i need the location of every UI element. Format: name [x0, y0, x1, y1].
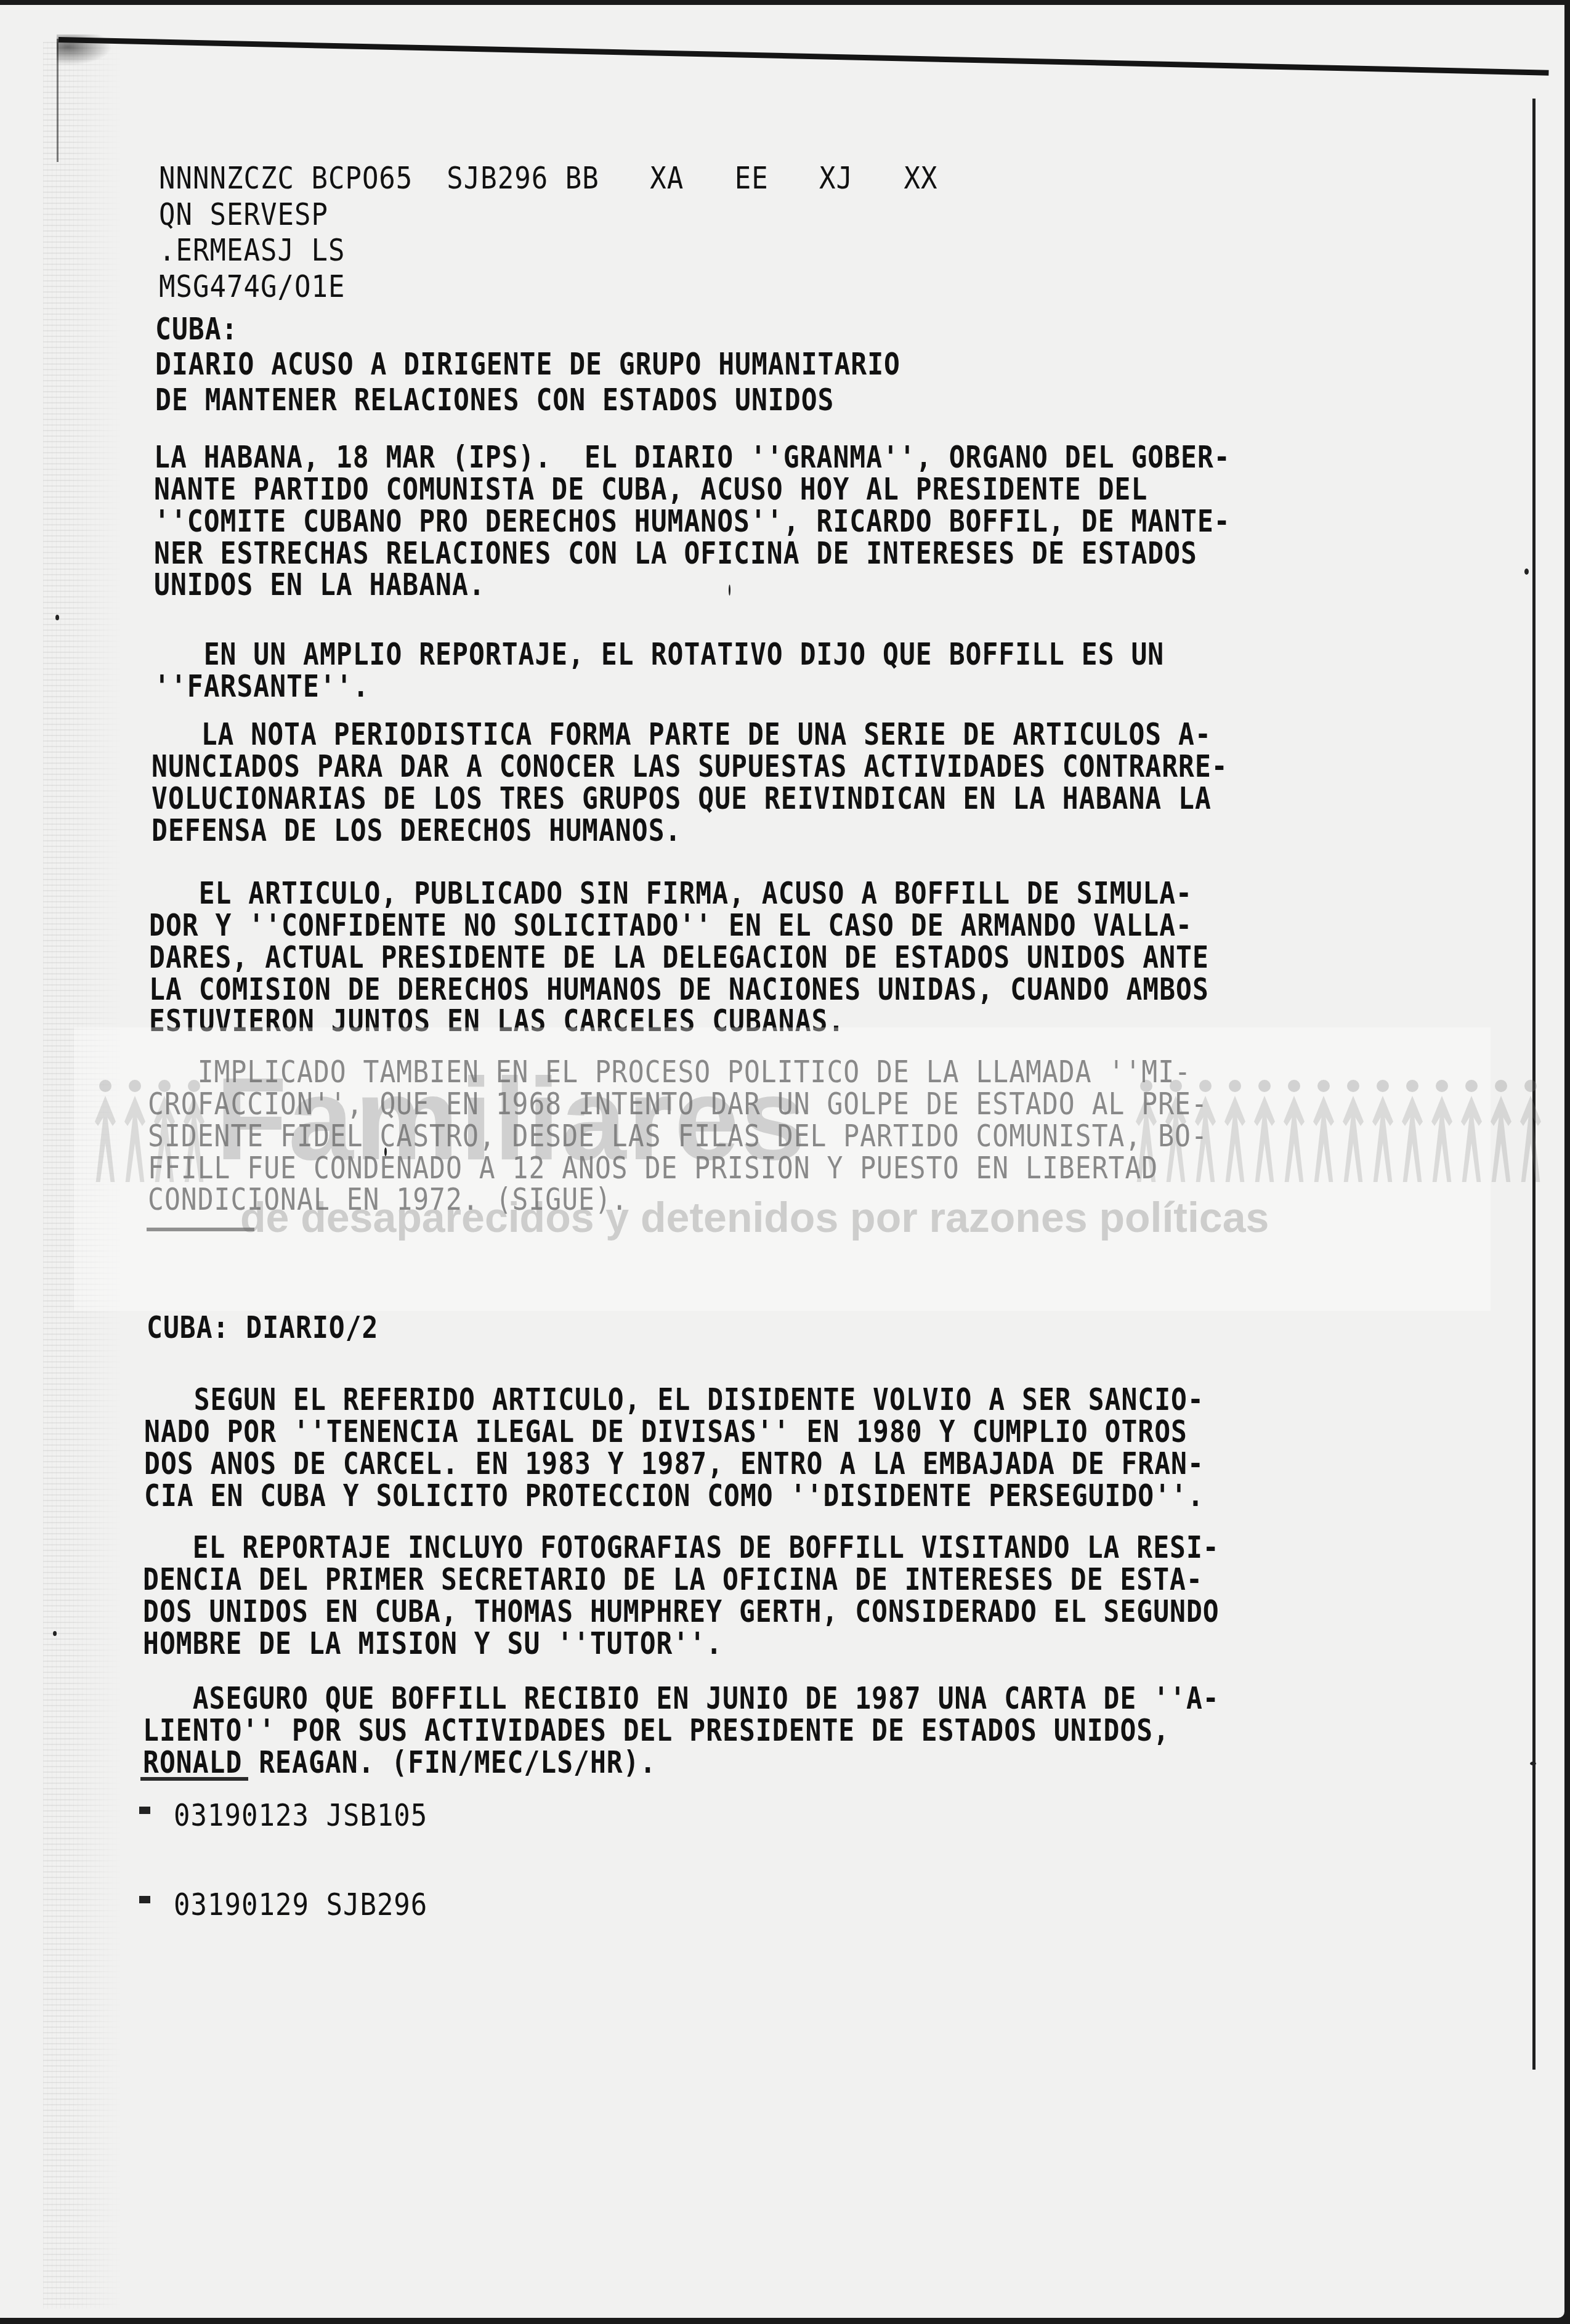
paragraph-line: CONDICIONAL EN 1972. (SIGUE).	[148, 1184, 1208, 1217]
headline-section: CUBA:	[155, 312, 900, 347]
footer-line: 03190123 JSB105	[174, 1797, 427, 1834]
scan-speck	[1530, 1762, 1536, 1765]
paragraph-fotografias: EL REPORTAJE INCLUYO FOTOGRAFIAS DE BOFF…	[143, 1532, 1220, 1660]
paper-left-edge	[57, 39, 59, 162]
wire-header-line: .ERMEASJ LS	[159, 232, 938, 269]
paragraph-line: EL REPORTAJE INCLUYO FOTOGRAFIAS DE BOFF…	[143, 1532, 1220, 1565]
headline-line: DIARIO ACUSO A DIRIGENTE DE GRUPO HUMANI…	[155, 347, 900, 383]
scan-speck	[729, 585, 730, 596]
scan-speck	[384, 1148, 387, 1156]
paragraph-line: HOMBRE DE LA MISION Y SU ''TUTOR''.	[143, 1628, 1220, 1660]
wire-header-line: QN SERVESP	[159, 196, 938, 233]
scan-speck	[1524, 569, 1529, 575]
paragraph-line: ''FARSANTE''.	[154, 671, 1164, 703]
paragraph-line: IMPLICADO TAMBIEN EN EL PROCESO POLITICO…	[148, 1057, 1208, 1089]
scan-speck	[55, 615, 59, 620]
paragraph-line: SIDENTE FIDEL CASTRO, DESDE LAS FILAS DE…	[148, 1121, 1208, 1153]
paragraph-line: DEFENSA DE LOS DERECHOS HUMANOS.	[152, 815, 1228, 847]
paragraph-line: SEGUN EL REFERIDO ARTICULO, EL DISIDENTE…	[144, 1385, 1204, 1417]
paragraph-line: DENCIA DEL PRIMER SECRETARIO DE LA OFICI…	[143, 1565, 1220, 1597]
paragraph-line: ASEGURO QUE BOFFILL RECIBIO EN JUNIO DE …	[143, 1683, 1220, 1715]
headline: CUBA:DIARIO ACUSO A DIRIGENTE DE GRUPO H…	[155, 312, 900, 418]
paragraph-line: ''COMITE CUBANO PRO DERECHOS HUMANOS'', …	[154, 506, 1231, 538]
paragraph-line: DOS UNIDOS EN CUBA, THOMAS HUMPHREY GERT…	[143, 1597, 1220, 1629]
paragraph-sancion: SEGUN EL REFERIDO ARTICULO, EL DISIDENTE…	[144, 1385, 1204, 1512]
scan-noise-left	[43, 42, 123, 2309]
wire-header: NNNNZCZC BCPO65 SJB296 BB XA EE XJ XXQN …	[159, 160, 938, 305]
paragraph-line: NER ESTRECHAS RELACIONES CON LA OFICINA …	[154, 538, 1231, 570]
paragraph-line: DOS ANOS DE CARCEL. EN 1983 Y 1987, ENTR…	[144, 1449, 1204, 1481]
paper-right-edge	[1532, 99, 1536, 2070]
paragraph-line: ESTUVIERON JUNTOS EN LAS CARCELES CUBANA…	[149, 1006, 1209, 1038]
paragraph-line: DOR Y ''CONFIDENTE NO SOLICITADO'' EN EL…	[149, 910, 1209, 942]
paragraph-line: CIA EN CUBA Y SOLICITO PROTECCION COMO '…	[144, 1480, 1204, 1512]
paragraph-line: RONALD REAGAN. (FIN/MEC/LS/HR).	[143, 1747, 1220, 1779]
wire-header-line: NNNNZCZC BCPO65 SJB296 BB XA EE XJ XX	[159, 160, 938, 196]
paragraph-microfaccion: IMPLICADO TAMBIEN EN EL PROCESO POLITICO…	[148, 1057, 1208, 1217]
scan-speck	[53, 1631, 57, 1636]
paragraph-line: DARES, ACTUAL PRESIDENTE DE LA DELEGACIO…	[149, 942, 1209, 974]
paragraph-line: CROFACCION'', QUE EN 1968 INTENTO DAR UN…	[148, 1089, 1208, 1121]
footer-line: 03190129 SJB296	[174, 1887, 427, 1924]
headline-line: DE MANTENER RELACIONES CON ESTADOS UNIDO…	[155, 383, 900, 418]
paragraph-line: NADO POR ''TENENCIA ILEGAL DE DIVISAS'' …	[144, 1417, 1204, 1449]
bullet-mark-icon	[139, 1896, 150, 1903]
paragraph-line: EL ARTICULO, PUBLICADO SIN FIRMA, ACUSO …	[149, 878, 1209, 910]
paragraph-line: NUNCIADOS PARA DAR A CONOCER LAS SUPUEST…	[152, 751, 1228, 783]
paragraph-line: EN UN AMPLIO REPORTAJE, EL ROTATIVO DIJO…	[154, 639, 1164, 671]
section-title-part2: CUBA: DIARIO/2	[147, 1310, 378, 1346]
bullet-mark-icon	[139, 1807, 150, 1814]
paragraph-line: FFILL FUE CONDENADO A 12 ANOS DE PRISION…	[148, 1152, 1208, 1184]
end-rule	[147, 1228, 254, 1231]
paragraph-line: LA NOTA PERIODISTICA FORMA PARTE DE UNA …	[152, 719, 1228, 751]
end-rule	[140, 1777, 248, 1781]
paragraph-farsante: EN UN AMPLIO REPORTAJE, EL ROTATIVO DIJO…	[154, 639, 1164, 703]
paragraph-line: UNIDOS EN LA HABANA.	[154, 570, 1231, 602]
paragraph-line: LA HABANA, 18 MAR (IPS). EL DIARIO ''GRA…	[154, 442, 1231, 474]
paragraph-lead: LA HABANA, 18 MAR (IPS). EL DIARIO ''GRA…	[154, 442, 1231, 602]
paper-top-edge	[59, 37, 1549, 76]
paragraph-serie: LA NOTA PERIODISTICA FORMA PARTE DE UNA …	[152, 719, 1228, 847]
document-sheet: NNNNZCZC BCPO65 SJB296 BB XA EE XJ XXQN …	[0, 5, 1564, 2318]
paragraph-articulo: EL ARTICULO, PUBLICADO SIN FIRMA, ACUSO …	[149, 878, 1209, 1038]
paragraph-line: LA COMISION DE DERECHOS HUMANOS DE NACIO…	[149, 974, 1209, 1006]
wire-header-line: MSG474G/O1E	[159, 269, 938, 305]
paragraph-line: NANTE PARTIDO COMUNISTA DE CUBA, ACUSO H…	[154, 474, 1231, 506]
paragraph-line: LIENTO'' POR SUS ACTIVIDADES DEL PRESIDE…	[143, 1715, 1220, 1747]
paragraph-line: VOLUCIONARIAS DE LOS TRES GRUPOS QUE REI…	[152, 783, 1228, 816]
paragraph-carta: ASEGURO QUE BOFFILL RECIBIO EN JUNIO DE …	[143, 1683, 1220, 1779]
